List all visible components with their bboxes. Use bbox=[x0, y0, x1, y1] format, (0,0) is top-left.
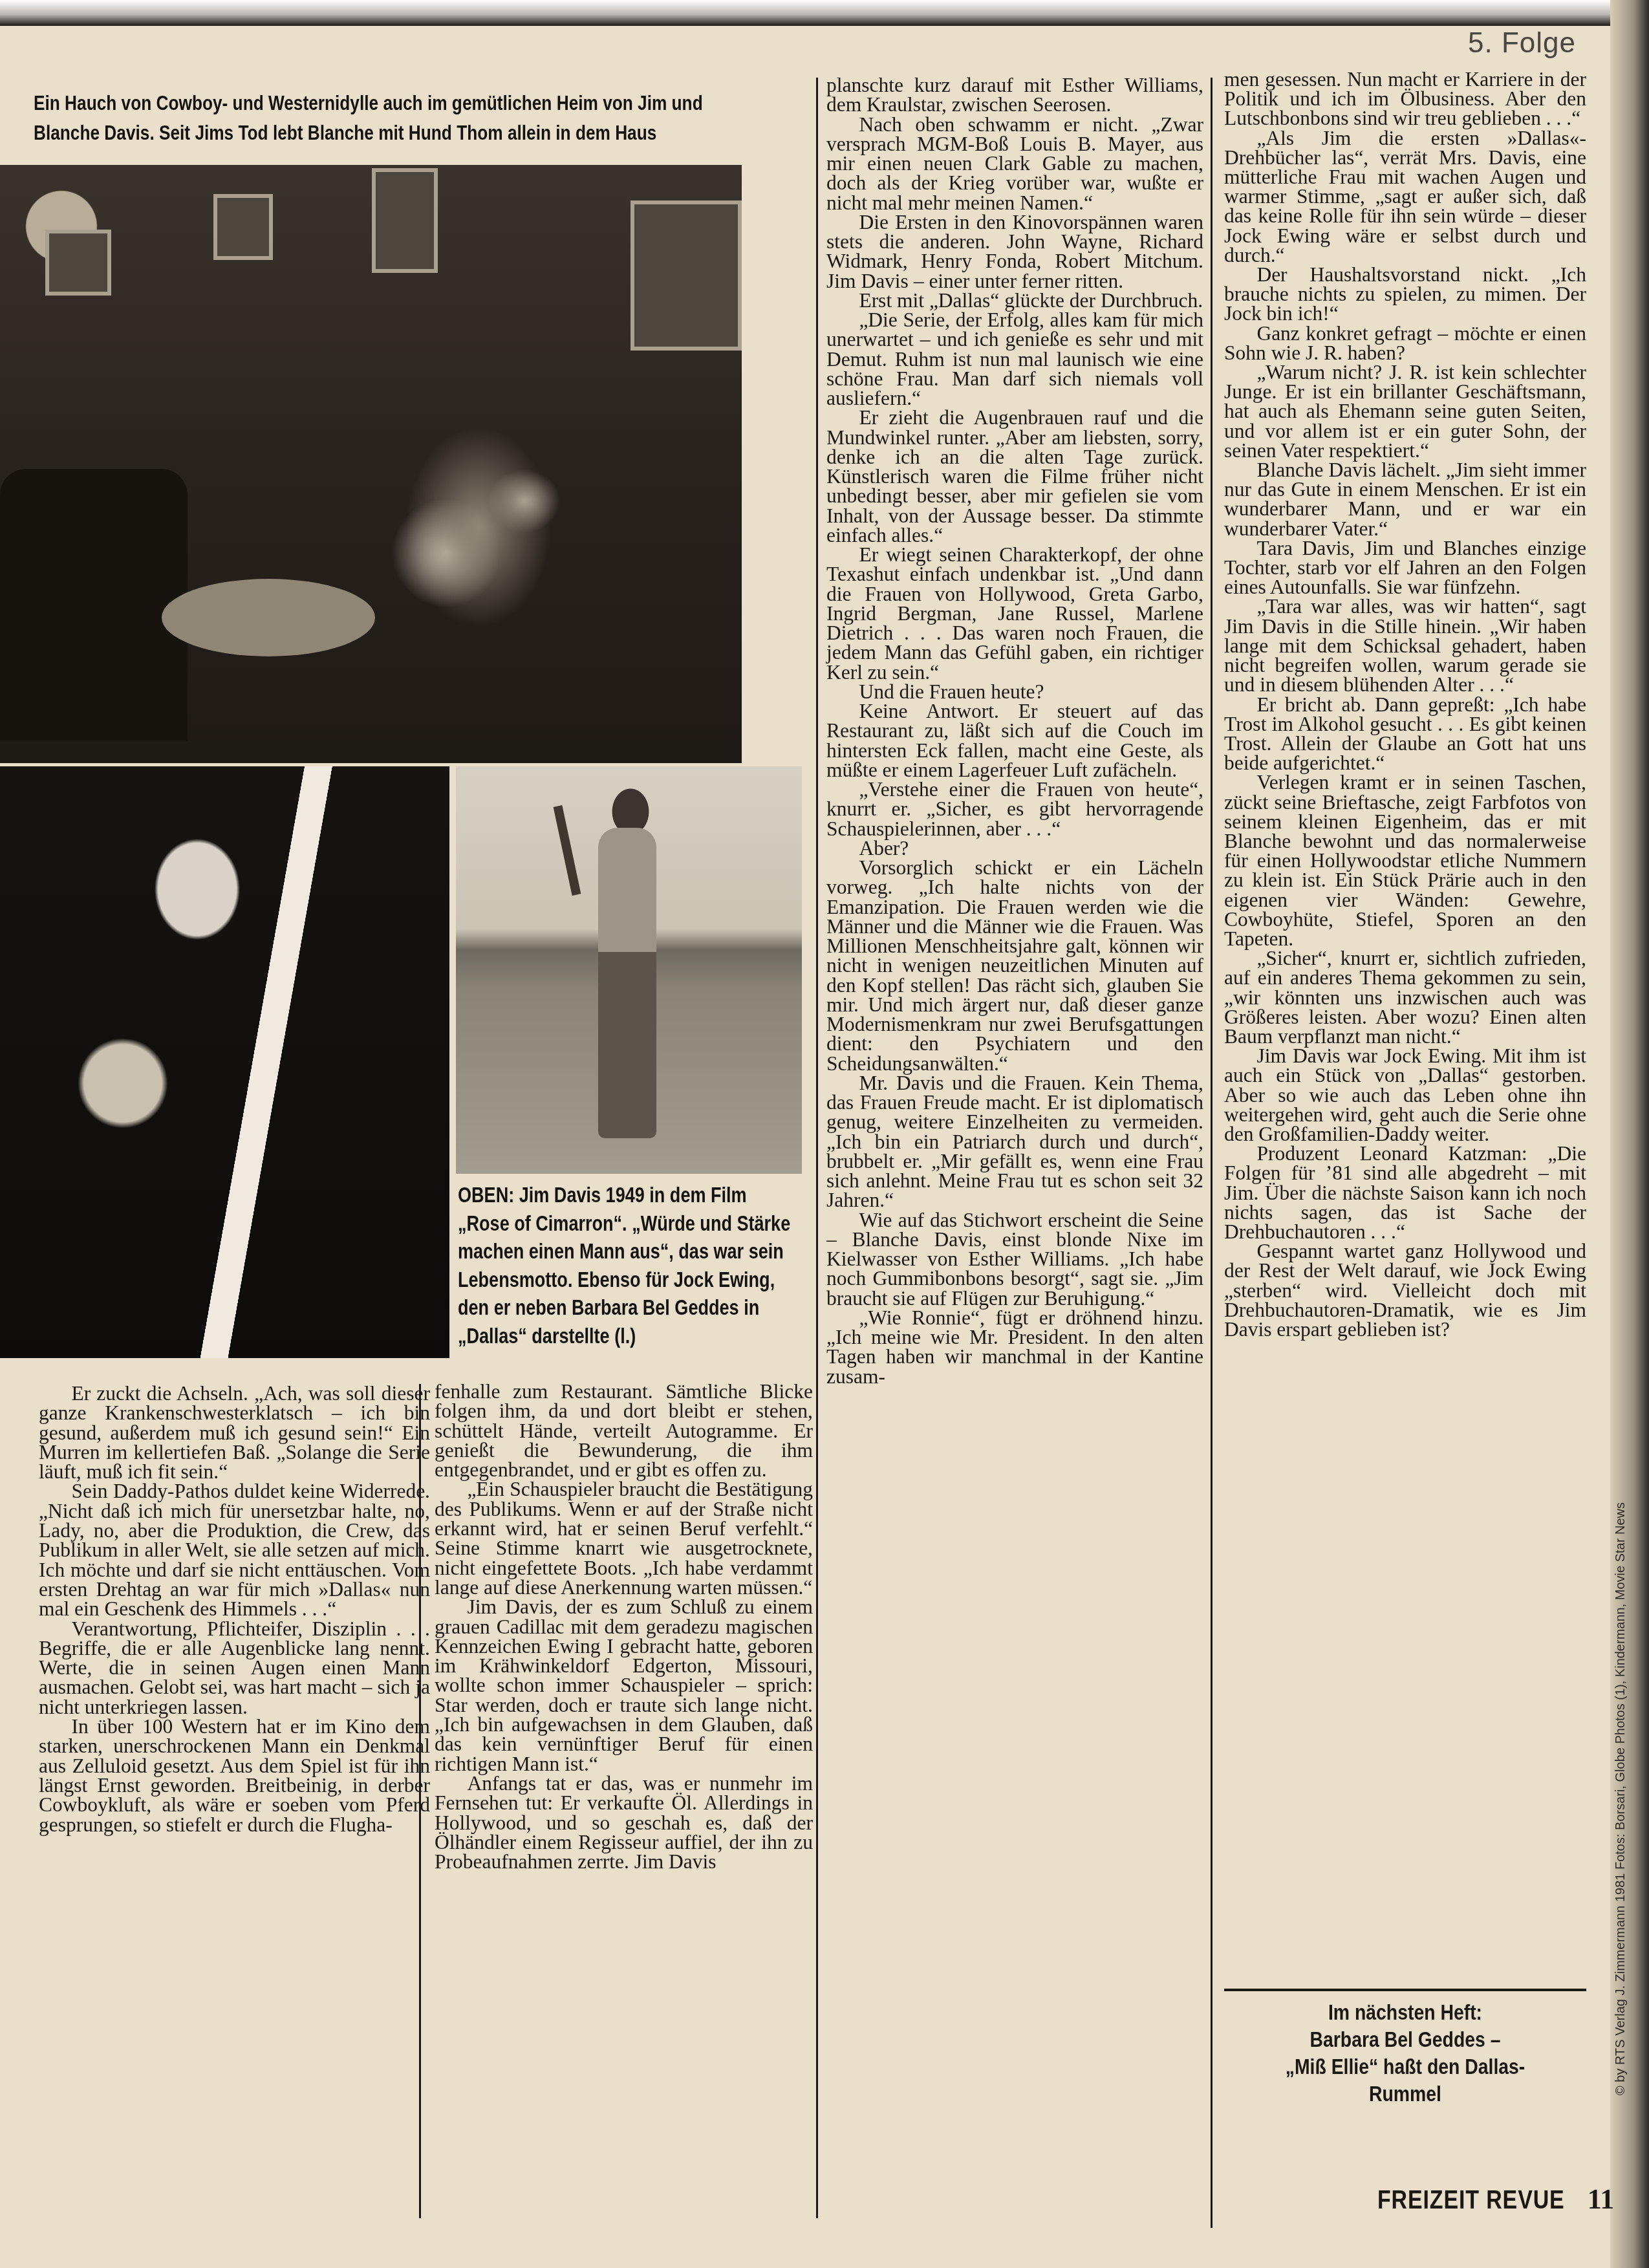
paragraph: „Warum nicht? J. R. ist kein schlechter … bbox=[1224, 363, 1586, 460]
photo-credit: © by RTS Verlag J. Zimmermann 1981 Fotos… bbox=[1613, 1502, 1628, 2095]
top-photo-caption: Ein Hauch von Cowboy- und Westernidylle … bbox=[34, 88, 713, 147]
actor-figure bbox=[598, 828, 656, 1138]
paragraph: Er zuckt die Achseln. „Ach, was soll die… bbox=[39, 1384, 430, 1482]
photo-caption: OBEN: Jim Davis 1949 in dem Film „Rose o… bbox=[458, 1181, 797, 1350]
paragraph: „Als Jim die ersten »Dallas«-Drehbücher … bbox=[1224, 129, 1586, 265]
paragraph: „Sicher“, knurrt er, sichtlich zufrieden… bbox=[1224, 949, 1586, 1046]
next-issue-subject: Barbara Bel Geddes – bbox=[1249, 2026, 1561, 2053]
paragraph: fenhalle zum Restaurant. Sämtliche Blick… bbox=[435, 1382, 813, 1480]
column-rule bbox=[1211, 78, 1212, 2228]
article-column-3: planschte kurz darauf mit Esther William… bbox=[826, 76, 1203, 1387]
scan-edge-top bbox=[0, 0, 1649, 26]
living-room-photo bbox=[0, 165, 742, 763]
next-issue-teaser: „Miß Ellie“ haßt den Dallas-Rummel bbox=[1249, 2053, 1561, 2108]
wall-picture bbox=[630, 200, 742, 351]
paragraph: Verlegen kramt er in seinen Taschen, züc… bbox=[1224, 773, 1586, 949]
paragraph: Aber? bbox=[826, 839, 1203, 858]
paragraph: Wie auf das Stichwort erscheint die Sein… bbox=[826, 1211, 1203, 1308]
paragraph: Mr. Davis und die Frauen. Kein Thema, da… bbox=[826, 1074, 1203, 1211]
wall-picture bbox=[213, 194, 273, 260]
paragraph: Keine Antwort. Er steuert auf das Restau… bbox=[826, 702, 1203, 780]
paragraph: Tara Davis, Jim und Blanches einzige Toc… bbox=[1224, 539, 1586, 598]
paragraph: Anfangs tat er das, was er nunmehr im Fe… bbox=[435, 1774, 813, 1872]
paragraph: Erst mit „Dallas“ glückte der Durchbruch… bbox=[826, 291, 1203, 310]
western-film-photo bbox=[456, 766, 802, 1174]
wall-picture bbox=[45, 230, 111, 296]
article-column-1: Er zuckt die Achseln. „Ach, was soll die… bbox=[39, 1384, 430, 1835]
armchair bbox=[0, 469, 188, 740]
page-footer: FREIZEIT REVUE 11 bbox=[1377, 2183, 1614, 2216]
paragraph: Er wiegt seinen Charakterkopf, der ohne … bbox=[826, 545, 1203, 682]
paragraph: In über 100 Western hat er im Kino dem s… bbox=[39, 1717, 430, 1835]
paragraph: „Tara war alles, was wir hatten“, sagt J… bbox=[1224, 597, 1586, 695]
paragraph: Vorsorglich schickt er ein Lächeln vorwe… bbox=[826, 858, 1203, 1074]
paragraph: Sein Daddy-Pathos duldet keine Widerrede… bbox=[39, 1482, 430, 1619]
paragraph: Jim Davis, der es zum Schluß zu einem gr… bbox=[435, 1597, 813, 1774]
column-rule bbox=[816, 78, 818, 2218]
paragraph: Er bricht ab. Dann gepreßt: „Ich habe Tr… bbox=[1224, 695, 1586, 773]
paragraph: Und die Frauen heute? bbox=[826, 682, 1203, 702]
raised-axe bbox=[554, 805, 581, 896]
next-issue-box: Im nächsten Heft: Barbara Bel Geddes – „… bbox=[1224, 1989, 1586, 2108]
article-column-4: men gesessen. Nun macht er Karriere in d… bbox=[1224, 70, 1586, 1339]
paragraph: Produzent Leonard Katzman: „Die Folgen f… bbox=[1224, 1144, 1586, 1242]
magazine-name: FREIZEIT REVUE bbox=[1377, 2186, 1565, 2215]
coffee-table bbox=[162, 579, 375, 656]
next-issue-heading: Im nächsten Heft: bbox=[1249, 1999, 1561, 2026]
wall-picture bbox=[372, 168, 438, 273]
paragraph: Gespannt wartet ganz Hollywood und der R… bbox=[1224, 1242, 1586, 1339]
paragraph: Blanche Davis lächelt. „Jim sieht immer … bbox=[1224, 460, 1586, 539]
paragraph: „Ein Schauspieler braucht die Bestätigun… bbox=[435, 1480, 813, 1597]
paragraph: Nach oben schwamm er nicht. „Zwar verspr… bbox=[826, 115, 1203, 213]
gala-photo bbox=[0, 766, 449, 1358]
paragraph: Der Haushaltsvorstand nickt. „Ich brauch… bbox=[1224, 265, 1586, 324]
paragraph: „Die Serie, der Erfolg, alles kam für mi… bbox=[826, 310, 1203, 408]
paragraph: Die Ersten in den Kinovorspännen waren s… bbox=[826, 213, 1203, 291]
paragraph: „Verstehe einer die Frauen von heute“, k… bbox=[826, 780, 1203, 839]
page-number: 11 bbox=[1588, 2183, 1615, 2215]
article-column-2: fenhalle zum Restaurant. Sämtliche Blick… bbox=[435, 1382, 813, 1872]
paragraph: „Wie Ronnie“, fügt er dröhnend hinzu. „I… bbox=[826, 1308, 1203, 1387]
paragraph: Er zieht die Augenbrauen rauf und die Mu… bbox=[826, 408, 1203, 545]
paragraph: Ganz konkret gefragt – möchte er einen S… bbox=[1224, 324, 1586, 363]
paragraph: planschte kurz darauf mit Esther William… bbox=[826, 76, 1203, 115]
paragraph: men gesessen. Nun macht er Karriere in d… bbox=[1224, 70, 1586, 129]
paragraph: Jim Davis war Jock Ewing. Mit ihm ist au… bbox=[1224, 1046, 1586, 1144]
series-label: 5. Folge bbox=[1468, 27, 1576, 59]
paragraph: Verantwortung, Pflichteifer, Disziplin .… bbox=[39, 1619, 430, 1717]
